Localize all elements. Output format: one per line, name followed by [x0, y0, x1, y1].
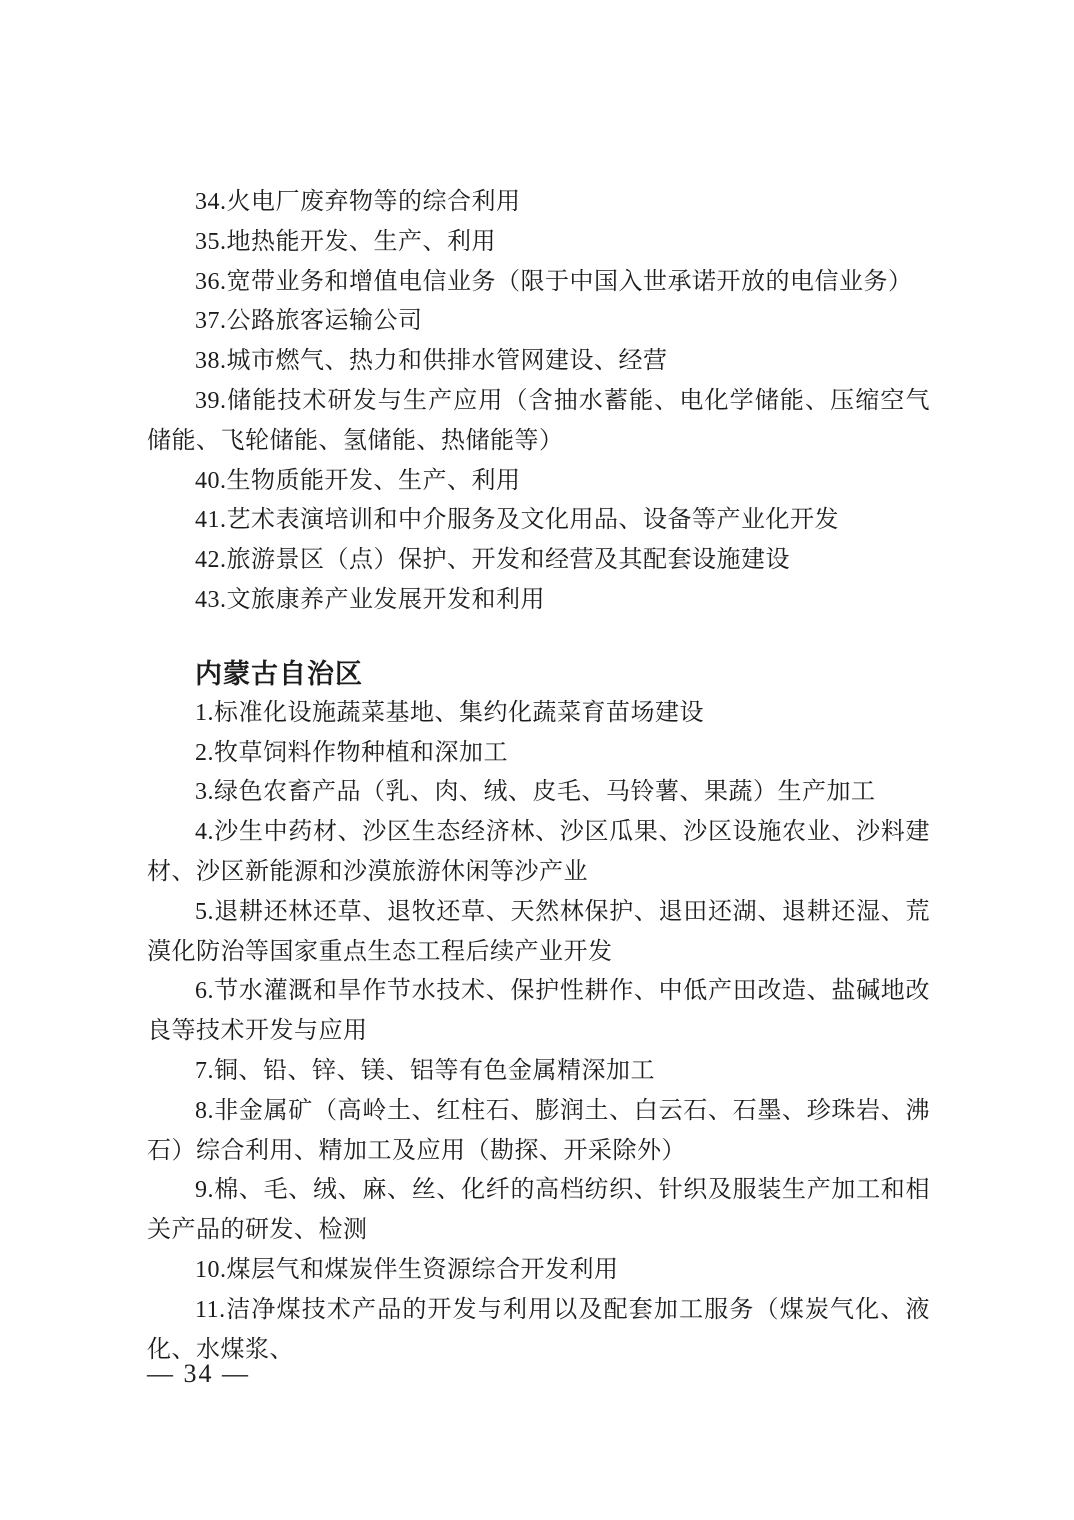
catalog-item-42: 42.旅游景区（点）保护、开发和经营及其配套设施建设 — [147, 541, 930, 581]
catalog-item-11: 11.洁净煤技术产品的开发与利用以及配套加工服务（煤炭气化、液化、水煤浆、 — [147, 1291, 930, 1371]
catalog-item-35: 35.地热能开发、生产、利用 — [147, 223, 930, 263]
section-previous-region-items: 34.火电厂废弃物等的综合利用 35.地热能开发、生产、利用 36.宽带业务和增… — [147, 183, 930, 621]
catalog-item-36: 36.宽带业务和增值电信业务（限于中国入世承诺开放的电信业务） — [147, 263, 930, 303]
section-inner-mongolia-items: 1.标准化设施蔬菜基地、集约化蔬菜育苗场建设 2.牧草饲料作物种植和深加工 3.… — [147, 694, 930, 1371]
catalog-item-43: 43.文旅康养产业发展开发和利用 — [147, 581, 930, 621]
catalog-item-2: 2.牧草饲料作物种植和深加工 — [147, 734, 930, 774]
catalog-item-5: 5.退耕还林还草、退牧还草、天然林保护、退田还湖、退耕还湿、荒漠化防治等国家重点… — [147, 893, 930, 973]
catalog-item-4: 4.沙生中药材、沙区生态经济林、沙区瓜果、沙区设施农业、沙料建材、沙区新能源和沙… — [147, 813, 930, 893]
catalog-item-1: 1.标准化设施蔬菜基地、集约化蔬菜育苗场建设 — [147, 694, 930, 734]
catalog-item-6: 6.节水灌溉和旱作节水技术、保护性耕作、中低产田改造、盐碱地改良等技术开发与应用 — [147, 972, 930, 1052]
catalog-item-41: 41.艺术表演培训和中介服务及文化用品、设备等产业化开发 — [147, 501, 930, 541]
page-content: 34.火电厂废弃物等的综合利用 35.地热能开发、生产、利用 36.宽带业务和增… — [147, 183, 930, 1370]
document-page: 34.火电厂废弃物等的综合利用 35.地热能开发、生产、利用 36.宽带业务和增… — [0, 0, 1074, 1520]
page-footer: — 34 — — [147, 1354, 250, 1394]
catalog-item-40: 40.生物质能开发、生产、利用 — [147, 462, 930, 502]
catalog-item-39: 39.储能技术研发与生产应用（含抽水蓄能、电化学储能、压缩空气储能、飞轮储能、氢… — [147, 382, 930, 462]
page-number: — 34 — — [147, 1359, 250, 1388]
section-heading-inner-mongolia: 内蒙古自治区 — [147, 654, 930, 694]
catalog-item-37: 37.公路旅客运输公司 — [147, 302, 930, 342]
catalog-item-34: 34.火电厂废弃物等的综合利用 — [147, 183, 930, 223]
catalog-item-38: 38.城市燃气、热力和供排水管网建设、经营 — [147, 342, 930, 382]
catalog-item-10: 10.煤层气和煤炭伴生资源综合开发利用 — [147, 1251, 930, 1291]
catalog-item-8: 8.非金属矿（高岭土、红柱石、膨润土、白云石、石墨、珍珠岩、沸石）综合利用、精加… — [147, 1092, 930, 1172]
catalog-item-7: 7.铜、铅、锌、镁、铝等有色金属精深加工 — [147, 1052, 930, 1092]
catalog-item-9: 9.棉、毛、绒、麻、丝、化纤的高档纺织、针织及服装生产加工和相关产品的研发、检测 — [147, 1171, 930, 1251]
catalog-item-3: 3.绿色农畜产品（乳、肉、绒、皮毛、马铃薯、果蔬）生产加工 — [147, 773, 930, 813]
